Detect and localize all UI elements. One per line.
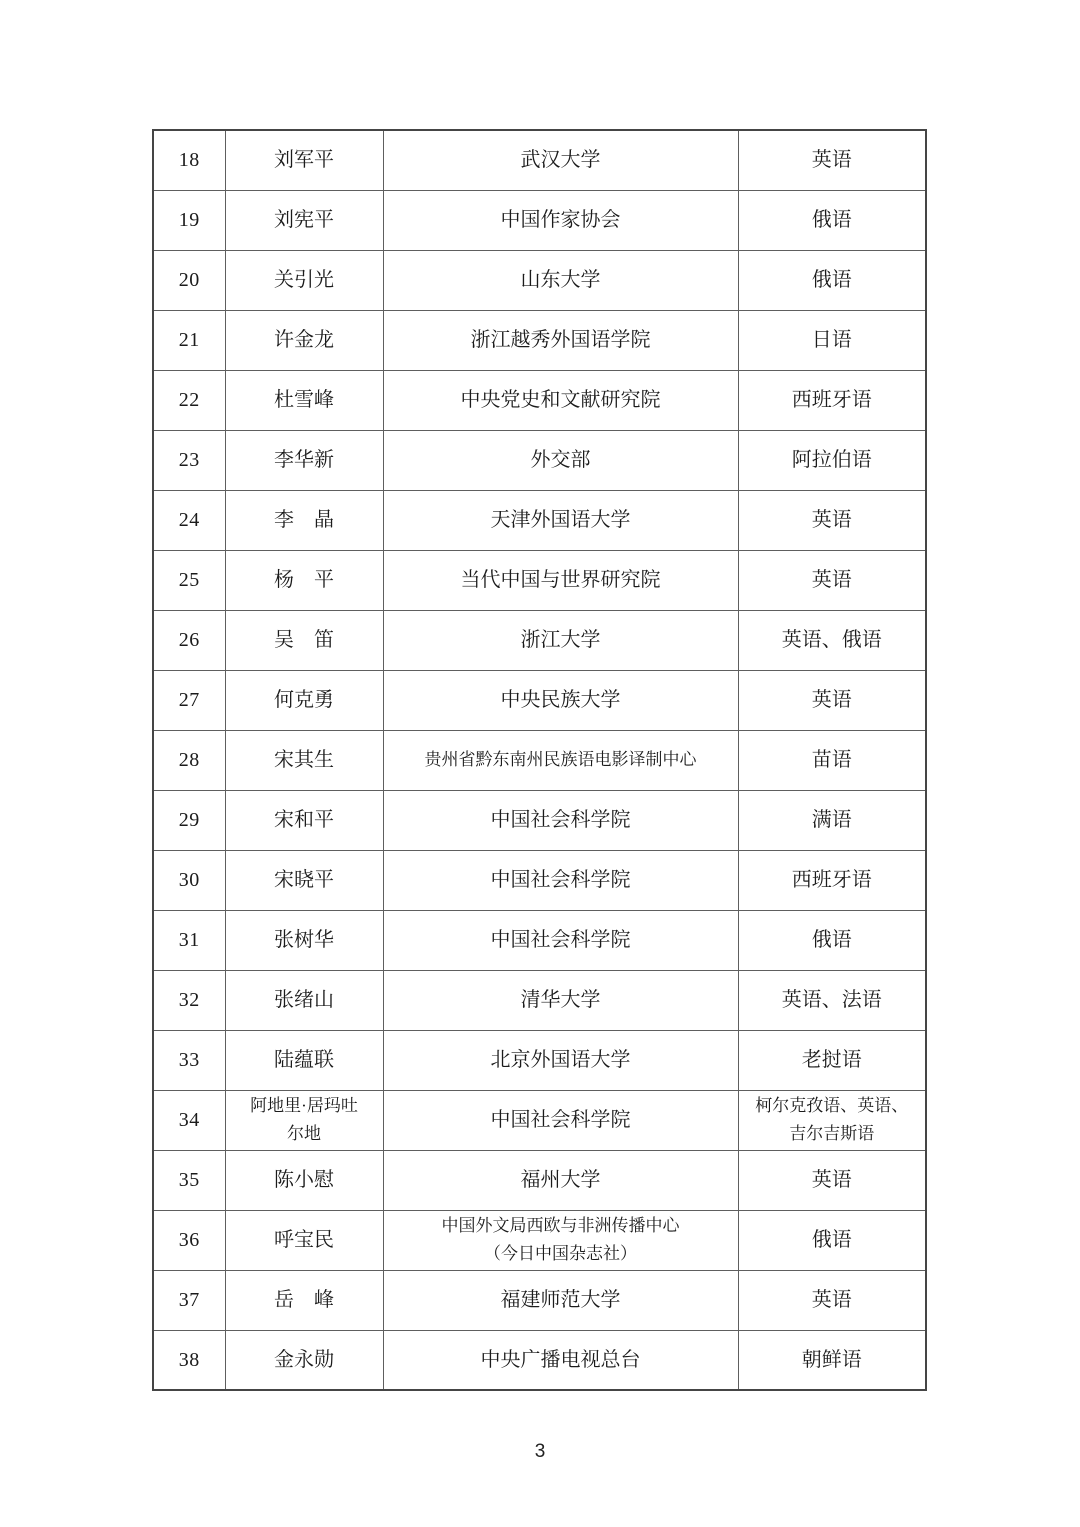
cell-institution: 福州大学 [383,1150,738,1210]
cell-name: 刘宪平 [225,190,383,250]
cell-languages: 西班牙语 [738,370,926,430]
cell-name: 岳 峰 [225,1270,383,1330]
cell-no: 31 [153,910,225,970]
table-row: 28宋其生贵州省黔东南州民族语电影译制中心苗语 [153,730,926,790]
cell-name: 许金龙 [225,310,383,370]
cell-languages: 英语、法语 [738,970,926,1030]
cell-languages: 英语 [738,1270,926,1330]
table-row: 20关引光山东大学俄语 [153,250,926,310]
cell-institution: 贵州省黔东南州民族语电影译制中心 [383,730,738,790]
cell-name: 吴 笛 [225,610,383,670]
cell-name: 宋晓平 [225,850,383,910]
table-row: 31张树华中国社会科学院俄语 [153,910,926,970]
cell-institution: 中国社会科学院 [383,850,738,910]
cell-no: 35 [153,1150,225,1210]
table-row: 19刘宪平中国作家协会俄语 [153,190,926,250]
cell-languages: 英语 [738,550,926,610]
cell-name: 宋其生 [225,730,383,790]
cell-name: 刘军平 [225,130,383,190]
cell-institution: 浙江大学 [383,610,738,670]
table-row: 37岳 峰福建师范大学英语 [153,1270,926,1330]
cell-no: 25 [153,550,225,610]
cell-name: 陆蕴联 [225,1030,383,1090]
table-row: 26吴 笛浙江大学英语、俄语 [153,610,926,670]
cell-no: 33 [153,1030,225,1090]
cell-no: 26 [153,610,225,670]
cell-institution: 中国社会科学院 [383,790,738,850]
page-number: 3 [0,1441,1080,1463]
table-row: 22杜雪峰中央党史和文献研究院西班牙语 [153,370,926,430]
cell-name: 李 晶 [225,490,383,550]
cell-institution: 中国外文局西欧与非洲传播中心 （今日中国杂志社） [383,1210,738,1270]
cell-institution: 中国社会科学院 [383,910,738,970]
cell-name: 何克勇 [225,670,383,730]
cell-no: 27 [153,670,225,730]
cell-languages: 柯尔克孜语、英语、 吉尔吉斯语 [738,1090,926,1150]
cell-institution: 福建师范大学 [383,1270,738,1330]
cell-no: 32 [153,970,225,1030]
cell-languages: 满语 [738,790,926,850]
cell-name: 张树华 [225,910,383,970]
table-row: 36呼宝民中国外文局西欧与非洲传播中心 （今日中国杂志社）俄语 [153,1210,926,1270]
cell-name: 陈小慰 [225,1150,383,1210]
cell-name: 张绪山 [225,970,383,1030]
cell-institution: 浙江越秀外国语学院 [383,310,738,370]
cell-institution: 北京外国语大学 [383,1030,738,1090]
cell-languages: 西班牙语 [738,850,926,910]
cell-languages: 俄语 [738,1210,926,1270]
cell-institution: 外交部 [383,430,738,490]
cell-no: 36 [153,1210,225,1270]
cell-languages: 苗语 [738,730,926,790]
cell-institution: 山东大学 [383,250,738,310]
document-page: { "page": { "number": "3" }, "table": { … [0,0,1080,1527]
cell-no: 20 [153,250,225,310]
table-row: 38金永勋中央广播电视总台朝鲜语 [153,1330,926,1390]
cell-name: 杜雪峰 [225,370,383,430]
cell-no: 38 [153,1330,225,1390]
table-row: 24李 晶天津外国语大学英语 [153,490,926,550]
table-row: 18刘军平武汉大学英语 [153,130,926,190]
cell-name: 关引光 [225,250,383,310]
cell-name: 呼宝民 [225,1210,383,1270]
cell-no: 21 [153,310,225,370]
cell-institution: 中国社会科学院 [383,1090,738,1150]
cell-no: 29 [153,790,225,850]
translators-table: 18刘军平武汉大学英语19刘宪平中国作家协会俄语20关引光山东大学俄语21许金龙… [152,129,927,1391]
cell-institution: 中国作家协会 [383,190,738,250]
cell-institution: 中央民族大学 [383,670,738,730]
cell-no: 37 [153,1270,225,1330]
cell-no: 28 [153,730,225,790]
cell-languages: 英语、俄语 [738,610,926,670]
cell-no: 24 [153,490,225,550]
table-row: 32张绪山清华大学英语、法语 [153,970,926,1030]
cell-languages: 英语 [738,490,926,550]
cell-name: 李华新 [225,430,383,490]
cell-no: 23 [153,430,225,490]
cell-languages: 英语 [738,670,926,730]
table-body: 18刘军平武汉大学英语19刘宪平中国作家协会俄语20关引光山东大学俄语21许金龙… [153,130,926,1390]
cell-languages: 俄语 [738,910,926,970]
cell-no: 22 [153,370,225,430]
cell-institution: 中央党史和文献研究院 [383,370,738,430]
table-row: 35陈小慰福州大学英语 [153,1150,926,1210]
cell-institution: 中央广播电视总台 [383,1330,738,1390]
page-background: 18刘军平武汉大学英语19刘宪平中国作家协会俄语20关引光山东大学俄语21许金龙… [0,0,1080,1527]
cell-languages: 英语 [738,130,926,190]
cell-languages: 英语 [738,1150,926,1210]
cell-languages: 阿拉伯语 [738,430,926,490]
cell-institution: 天津外国语大学 [383,490,738,550]
cell-languages: 老挝语 [738,1030,926,1090]
table-row: 29宋和平中国社会科学院满语 [153,790,926,850]
cell-languages: 日语 [738,310,926,370]
table-row: 23李华新外交部阿拉伯语 [153,430,926,490]
cell-no: 30 [153,850,225,910]
cell-no: 18 [153,130,225,190]
table-row: 27何克勇中央民族大学英语 [153,670,926,730]
cell-languages: 俄语 [738,190,926,250]
cell-name: 宋和平 [225,790,383,850]
cell-languages: 俄语 [738,250,926,310]
cell-name: 杨 平 [225,550,383,610]
cell-institution: 当代中国与世界研究院 [383,550,738,610]
table-row: 33陆蕴联北京外国语大学老挝语 [153,1030,926,1090]
cell-name: 金永勋 [225,1330,383,1390]
cell-languages: 朝鲜语 [738,1330,926,1390]
table-row: 34阿地里·居玛吐 尔地中国社会科学院柯尔克孜语、英语、 吉尔吉斯语 [153,1090,926,1150]
table-row: 25杨 平当代中国与世界研究院英语 [153,550,926,610]
cell-institution: 武汉大学 [383,130,738,190]
cell-no: 19 [153,190,225,250]
table-row: 30宋晓平中国社会科学院西班牙语 [153,850,926,910]
cell-institution: 清华大学 [383,970,738,1030]
cell-no: 34 [153,1090,225,1150]
table-row: 21许金龙浙江越秀外国语学院日语 [153,310,926,370]
cell-name: 阿地里·居玛吐 尔地 [225,1090,383,1150]
